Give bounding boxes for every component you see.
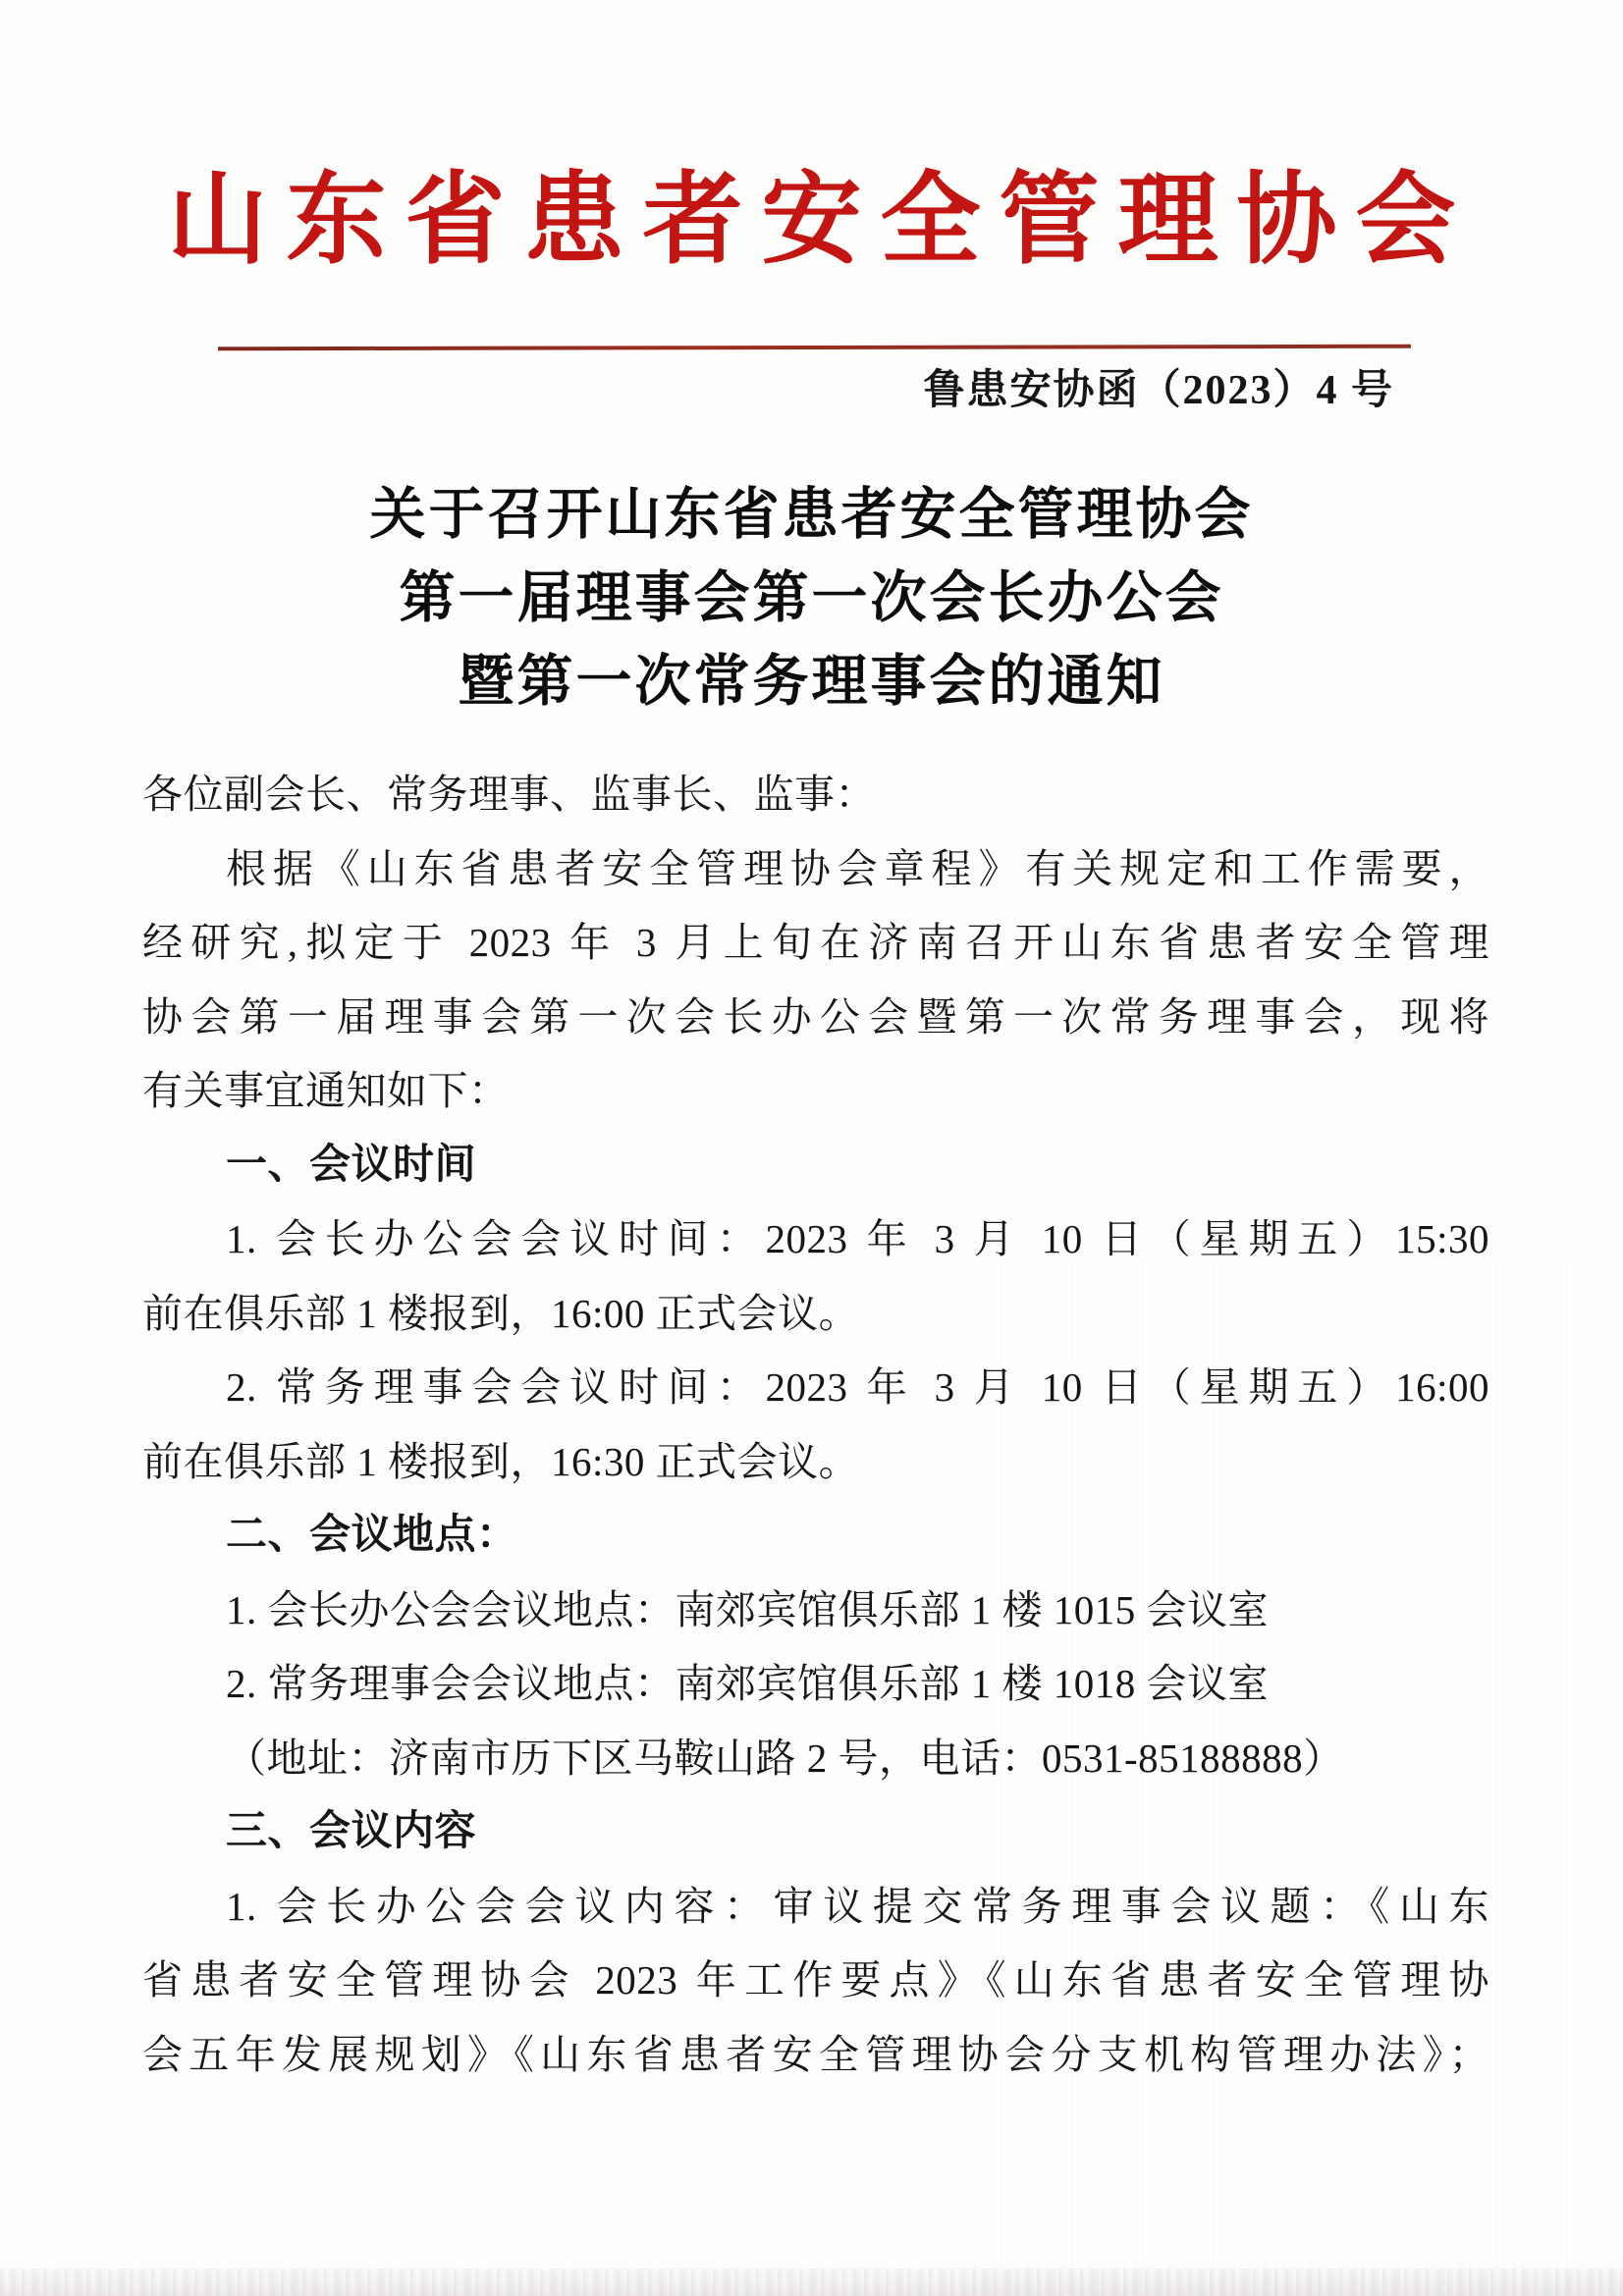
body-line: 会五年发展规划》《山东省患者安全管理协会分支机构管理办法》； xyxy=(142,2018,1489,2093)
body-line: 2. 常务理事会会议地点：南郊宾馆俱乐部 1 楼 1018 会议室 xyxy=(142,1647,1489,1722)
body-line: 有关事宜通知如下： xyxy=(142,1054,1489,1129)
body-line: 经研究,拟定于 2023 年 3 月上旬在济南召开山东省患者安全管理 xyxy=(142,906,1489,981)
section-heading-1: 一、会议时间 xyxy=(142,1129,1489,1203)
section-heading-3: 三、会议内容 xyxy=(142,1795,1489,1870)
document-number: 鲁患安协函（2023）4 号 xyxy=(923,363,1394,418)
body-line: （地址：济南市历下区马鞍山路 2 号，电话：0531-85188888） xyxy=(142,1722,1489,1796)
notice-title-line-1: 关于召开山东省患者安全管理协会 xyxy=(0,473,1623,557)
body-text: 各位副会长、常务理事、监事长、监事：根据《山东省患者安全管理协会章程》有关规定和… xyxy=(142,758,1489,2092)
body-line: 前在俱乐部 1 楼报到，16:00 正式会议。 xyxy=(142,1277,1489,1352)
notice-title-line-2: 第一届理事会第一次会长办公会 xyxy=(0,557,1623,640)
scanned-notice-page: 山东省患者安全管理协会 鲁患安协函（2023）4 号 关于召开山东省患者安全管理… xyxy=(0,0,1623,2296)
body-line: 1. 会长办公会会议内容：审议提交常务理事会议题：《山东 xyxy=(142,1870,1489,1945)
organization-name-header: 山东省患者安全管理协会 xyxy=(0,145,1623,297)
body-line: 1. 会长办公会会议地点：南郊宾馆俱乐部 1 楼 1015 会议室 xyxy=(142,1574,1489,1648)
body-line: 协会第一届理事会第一次会长办公会暨第一次常务理事会，现将 xyxy=(142,981,1489,1055)
scan-edge-shadow xyxy=(0,2269,1623,2296)
body-line: 省患者安全管理协会 2023 年工作要点》《山东省患者安全管理协 xyxy=(142,1944,1489,2018)
notice-title-line-3: 暨第一次常务理事会的通知 xyxy=(0,640,1623,723)
section-heading-2: 二、会议地点： xyxy=(142,1499,1489,1574)
body-line: 根据《山东省患者安全管理协会章程》有关规定和工作需要， xyxy=(142,832,1489,907)
body-line: 前在俱乐部 1 楼报到，16:30 正式会议。 xyxy=(142,1425,1489,1500)
notice-title: 关于召开山东省患者安全管理协会 第一届理事会第一次会长办公会 暨第一次常务理事会… xyxy=(0,473,1623,723)
body-line: 2. 常务理事会会议时间：2023 年 3 月 10 日（星期五）16:00 xyxy=(142,1351,1489,1425)
body-line: 1. 会长办公会会议时间：2023 年 3 月 10 日（星期五）15:30 xyxy=(142,1202,1489,1277)
salutation-line: 各位副会长、常务理事、监事长、监事： xyxy=(142,758,1489,832)
red-divider-line xyxy=(218,345,1411,351)
